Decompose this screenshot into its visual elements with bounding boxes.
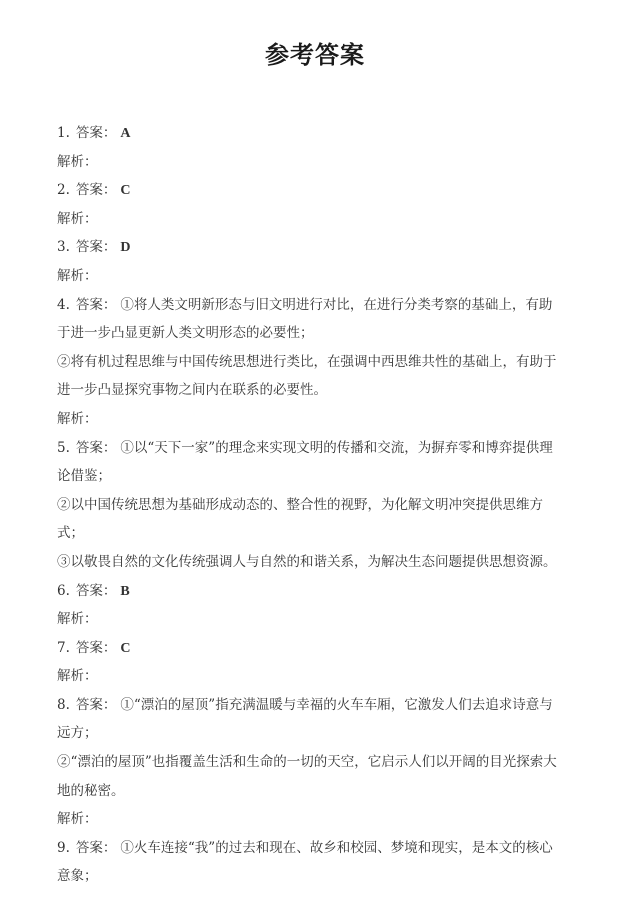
answer-label: 答案：	[76, 297, 117, 313]
question-6-analysis: 解析：	[57, 605, 597, 634]
question-8-analysis: 解析：	[57, 805, 597, 834]
question-number: 5.	[57, 440, 70, 456]
question-number: 2.	[57, 182, 70, 198]
question-8-answer: 8.答案：①“漂泊的屋顶”指充满温暖与幸福的火车车厢，它激发人们去追求诗意与	[57, 691, 597, 720]
answer-choice: A	[120, 126, 130, 141]
answer-choice: B	[120, 584, 129, 599]
question-3-analysis: 解析：	[57, 262, 597, 291]
question-2-answer: 2.答案：C	[57, 176, 597, 205]
question-9-answer: 9.答案：①火车连接“我”的过去和现在、故乡和校园、梦境和现实，是本文的核心	[57, 834, 597, 863]
answer-text: ①以“天下一家”的理念来实现文明的传播和交流，为摒弃零和博弈提供理	[120, 440, 552, 456]
question-7-answer: 7.答案：C	[57, 634, 597, 663]
answer-label: 答案：	[76, 583, 117, 599]
answer-text: ①火车连接“我”的过去和现在、故乡和校园、梦境和现实，是本文的核心	[120, 840, 552, 856]
answer-label: 答案：	[76, 182, 117, 198]
answer-text-line: ③以敬畏自然的文化传统强调人与自然的和谐关系，为解决生态问题提供思想资源。	[57, 548, 597, 577]
question-number: 3.	[57, 239, 70, 255]
answer-label: 答案：	[76, 697, 117, 713]
page-title: 参考答案	[0, 38, 630, 72]
answer-text-line: ②将有机过程思维与中国传统思想进行类比，在强调中西思维共性的基础上，有助于	[57, 348, 597, 377]
question-4-analysis: 解析：	[57, 405, 597, 434]
answer-list: 1.答案：A 解析： 2.答案：C 解析： 3.答案：D 解析： 4.答案：①将…	[57, 119, 597, 891]
answer-text-line: ②“漂泊的屋顶”也指覆盖生活和生命的一切的天空，它启示人们以开阔的目光探索大	[57, 748, 597, 777]
answer-label: 答案：	[76, 640, 117, 656]
answer-text: ①“漂泊的屋顶”指充满温暖与幸福的火车车厢，它激发人们去追求诗意与	[120, 697, 552, 713]
question-number: 4.	[57, 297, 70, 313]
answer-text: ①将人类文明新形态与旧文明进行对比，在进行分类考察的基础上，有助	[120, 297, 552, 313]
question-number: 1.	[57, 125, 70, 141]
question-4-answer: 4.答案：①将人类文明新形态与旧文明进行对比，在进行分类考察的基础上，有助	[57, 291, 597, 320]
answer-choice: D	[120, 240, 130, 255]
question-6-answer: 6.答案：B	[57, 577, 597, 606]
answer-text-line: 论借鉴；	[57, 462, 597, 491]
question-5-answer: 5.答案：①以“天下一家”的理念来实现文明的传播和交流，为摒弃零和博弈提供理	[57, 434, 597, 463]
answer-label: 答案：	[76, 125, 117, 141]
question-number: 8.	[57, 697, 70, 713]
answer-label: 答案：	[76, 440, 117, 456]
question-2-analysis: 解析：	[57, 205, 597, 234]
answer-choice: C	[120, 183, 130, 198]
question-number: 7.	[57, 640, 70, 656]
answer-text-line: ②以中国传统思想为基础形成动态的、整合性的视野，为化解文明冲突提供思维方	[57, 491, 597, 520]
question-3-answer: 3.答案：D	[57, 233, 597, 262]
answer-choice: C	[120, 641, 130, 656]
question-1-analysis: 解析：	[57, 148, 597, 177]
answer-text-line: 远方；	[57, 719, 597, 748]
question-number: 6.	[57, 583, 70, 599]
answer-text-line: 于进一步凸显更新人类文明形态的必要性；	[57, 319, 597, 348]
analysis-label: 解析：	[57, 154, 98, 170]
analysis-label: 解析：	[57, 411, 98, 427]
analysis-label: 解析：	[57, 811, 98, 827]
question-7-analysis: 解析：	[57, 662, 597, 691]
answer-text-line: 进一步凸显探究事物之间内在联系的必要性。	[57, 376, 597, 405]
analysis-label: 解析：	[57, 268, 98, 284]
answer-label: 答案：	[76, 239, 117, 255]
analysis-label: 解析：	[57, 211, 98, 227]
answer-text-line: 地的秘密。	[57, 777, 597, 806]
answer-text-line: 式；	[57, 519, 597, 548]
question-1-answer: 1.答案：A	[57, 119, 597, 148]
answer-text-line: 意象；	[57, 862, 597, 891]
answer-label: 答案：	[76, 840, 117, 856]
question-number: 9.	[57, 840, 70, 856]
analysis-label: 解析：	[57, 611, 98, 627]
analysis-label: 解析：	[57, 668, 98, 684]
